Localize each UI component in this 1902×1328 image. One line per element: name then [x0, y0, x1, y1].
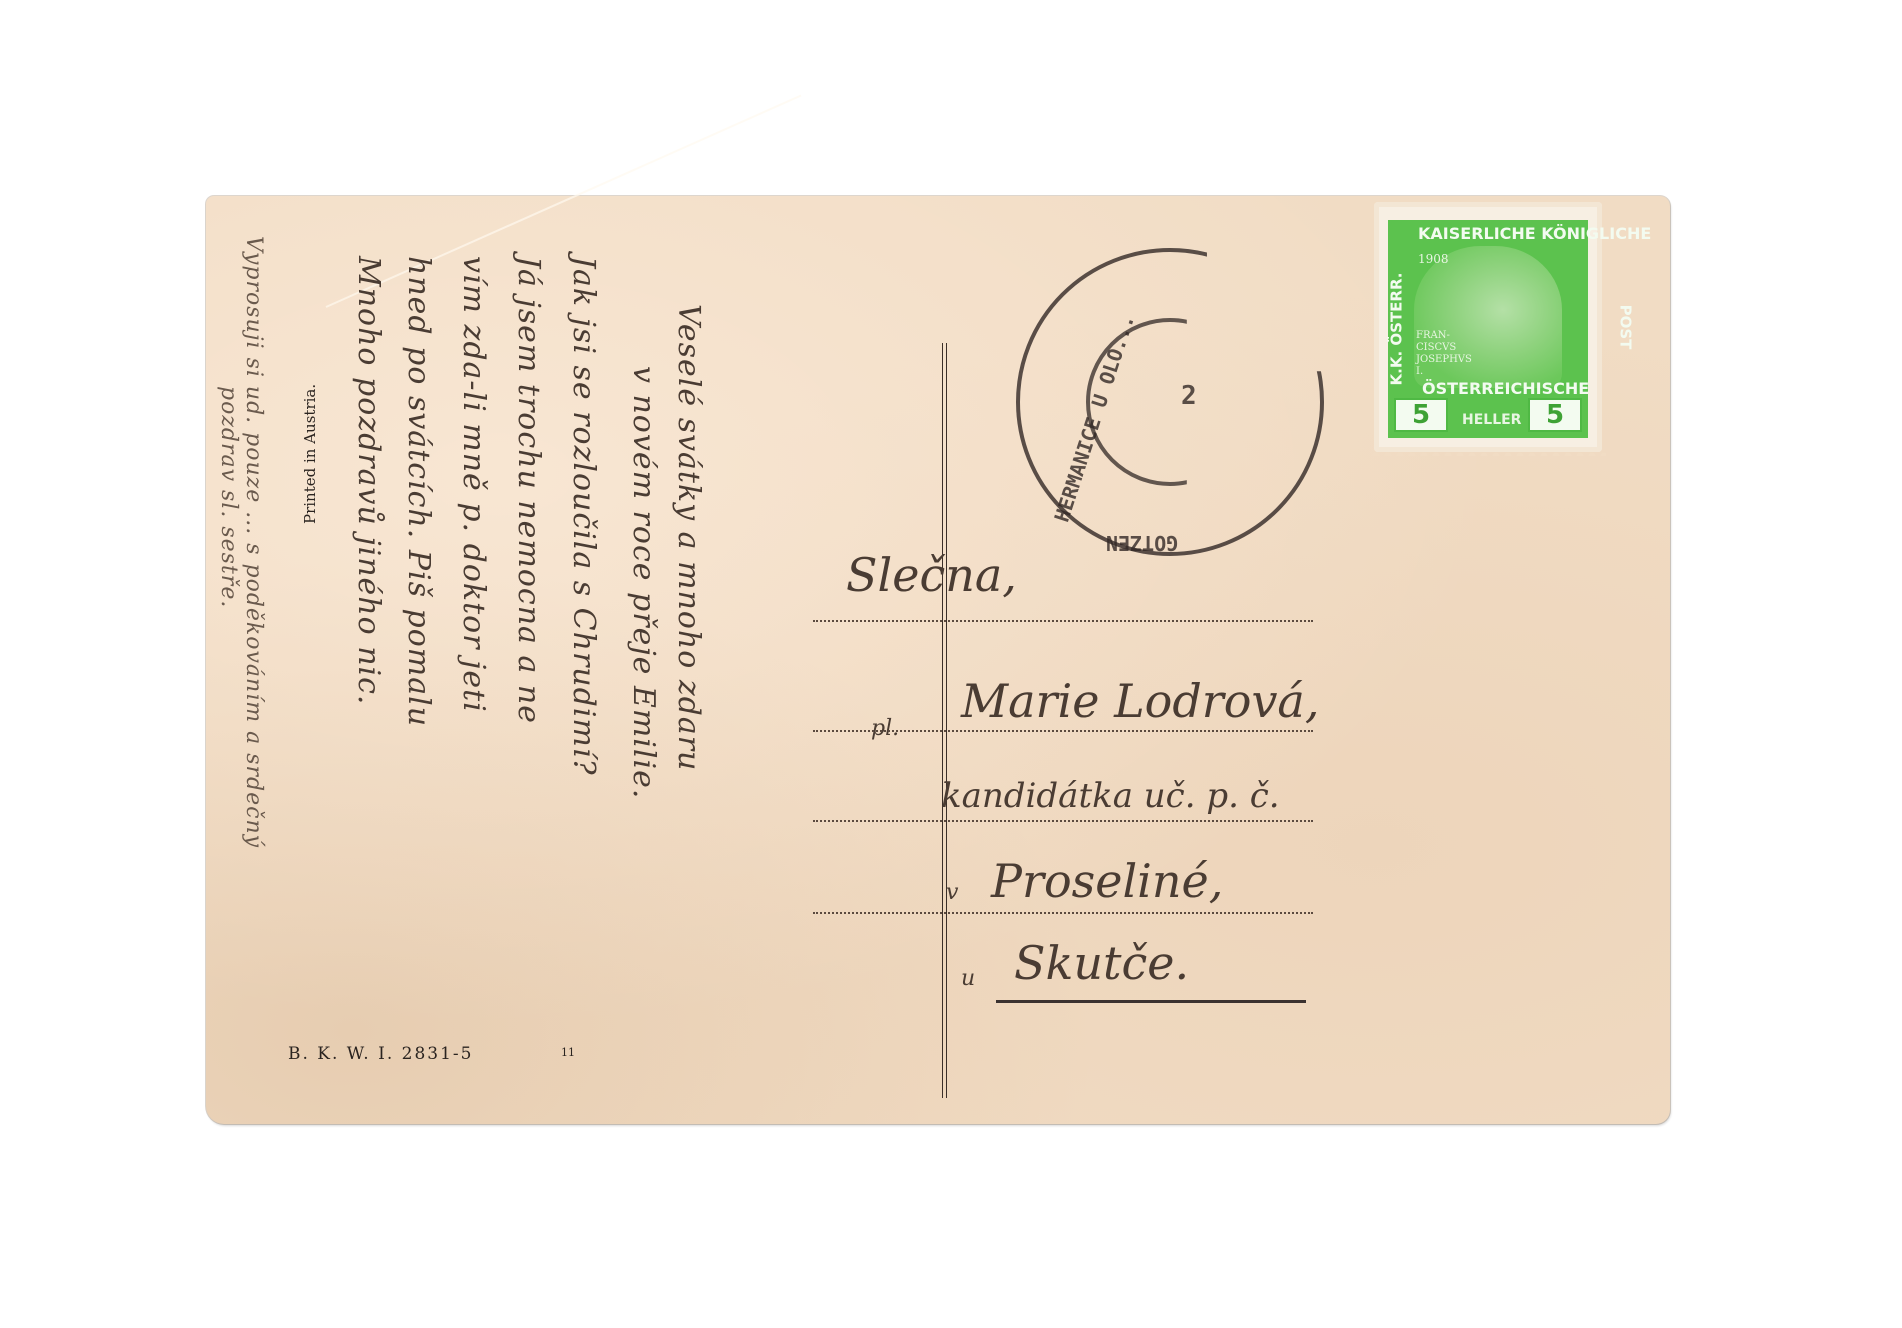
address-underline — [996, 1000, 1306, 1003]
address-place: Proseliné, — [991, 854, 1223, 908]
stamp-name-line: FRAN- — [1416, 330, 1472, 342]
printed-in-austria-label: Printed in Austria. — [301, 384, 319, 524]
message-line-4: Já jsem trochu nemocna a ne — [511, 256, 546, 724]
publisher-imprint: B. K. W. I. 2831-5 — [288, 1044, 473, 1064]
postcard: Printed in Austria. Veselé svátky a mnoh… — [206, 196, 1670, 1124]
stamp-year: 1908 — [1418, 252, 1449, 266]
address-line-1 — [813, 620, 1313, 622]
message-line-6: hned po svátcích. Piš pomalu — [401, 256, 436, 727]
message-line-8: Vyprosuji si ud. pouze ... s poděkováním… — [241, 236, 266, 848]
stamp-right-text: POST — [1617, 305, 1635, 350]
message-line-3: Jak jsi se rozloučila s Chrudimí? — [566, 256, 601, 776]
address-prefix: pl. — [871, 716, 899, 741]
address-salutation: Slečna, — [846, 548, 1017, 602]
stamp-name-line: JOSEPHVS — [1416, 354, 1472, 366]
stamp-denomination: HELLER — [1462, 412, 1514, 428]
message-line-5: vím zda-li mně p. doktor jeti — [456, 256, 491, 713]
stamp-top-text: KAISERLICHE KÖNIGLICHE — [1418, 224, 1651, 243]
stamp-emperor-name: FRAN- CISCVS JOSEPHVS I. — [1416, 330, 1472, 378]
postmark-bottom-text: GOTZEN — [1106, 531, 1178, 555]
stamp-value-right: 5 — [1528, 398, 1582, 432]
message-line-1: Veselé svátky a mnoho zdaru — [671, 304, 706, 771]
message-line-7: Mnoho pozdravů jiného nic. — [351, 256, 386, 705]
stamp-name-line: CISCVS — [1416, 342, 1472, 354]
message-line-9: pozdrav sl. sestře. — [216, 386, 241, 608]
address-place-prefix: v — [946, 880, 958, 905]
stamp-left-text: K.K. ÖSTERR. — [1387, 273, 1405, 386]
address-name: Marie Lodrová, — [961, 674, 1319, 728]
imprint-mark: 11 — [561, 1046, 575, 1059]
message-line-2: v novém roce přeje Emilie. — [626, 366, 661, 799]
address-region: Skutče. — [1014, 936, 1189, 990]
postmark-date: 2 — [1181, 381, 1197, 411]
address-line-4 — [813, 912, 1313, 914]
postage-stamp: KAISERLICHE KÖNIGLICHE K.K. ÖSTERR. POST… — [1374, 202, 1602, 452]
stamp-bottom-text: ÖSTERREICHISCHE — [1422, 379, 1589, 398]
message-address-divider — [942, 343, 947, 1098]
address-title: kandidátka uč. p. č. — [941, 776, 1280, 816]
stamp-name-line: I. — [1416, 366, 1472, 378]
address-region-prefix: u — [961, 966, 975, 991]
address-line-2 — [813, 730, 1313, 732]
stamp-design: KAISERLICHE KÖNIGLICHE K.K. ÖSTERR. POST… — [1388, 220, 1588, 438]
paper-crease — [326, 95, 802, 308]
stamp-value-left: 5 — [1394, 398, 1448, 432]
address-line-3 — [813, 820, 1313, 822]
